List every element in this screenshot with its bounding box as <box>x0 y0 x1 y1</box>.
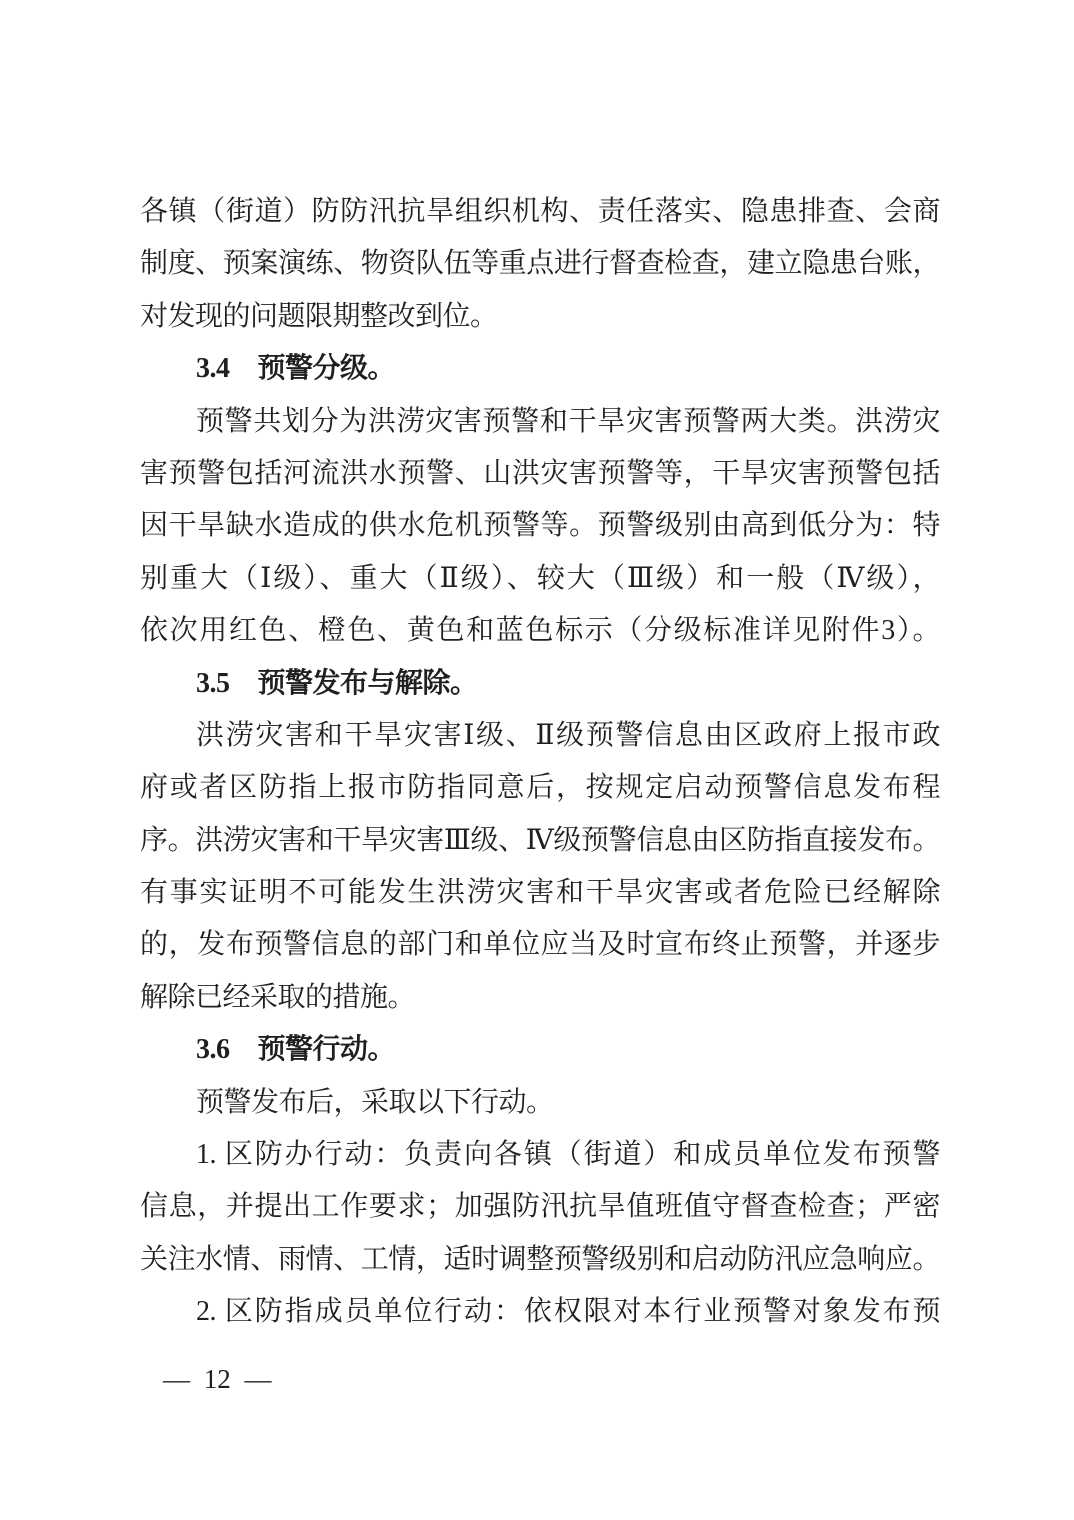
text-line: 预警共划分为洪涝灾害预警和干旱灾害预警两大类。洪涝灾 <box>140 396 940 448</box>
text-line: 洪涝灾害和干旱灾害Ⅰ级、Ⅱ级预警信息由区政府上报市政 <box>140 710 940 762</box>
text-line: 依次用红色、橙色、黄色和蓝色标示（分级标准详见附件3）。 <box>140 605 940 657</box>
text-line: 2. 区防指成员单位行动：依权限对本行业预警对象发布预 <box>140 1286 940 1338</box>
text-line: 有事实证明不可能发生洪涝灾害和干旱灾害或者危险已经解除 <box>140 867 940 919</box>
section-title: 预警分级。 <box>258 353 396 384</box>
text-line: 害预警包括河流洪水预警、山洪灾害预警等，干旱灾害预警包括 <box>140 448 940 500</box>
text-line: 的，发布预警信息的部门和单位应当及时宣布终止预警，并逐步 <box>140 919 940 971</box>
section-title: 预警发布与解除。 <box>258 668 478 699</box>
text-line: 各镇（街道）防防汛抗旱组织机构、责任落实、隐患排查、会商 <box>140 186 940 238</box>
text-line: 预警发布后，采取以下行动。 <box>140 1077 940 1129</box>
section-number: 3.6 <box>196 1034 230 1065</box>
section-title: 预警行动。 <box>258 1034 396 1065</box>
continuation-paragraph: 各镇（街道）防防汛抗旱组织机构、责任落实、隐患排查、会商 制度、预案演练、物资队… <box>140 186 940 343</box>
page-number-footer: — 12 — <box>163 1362 272 1396</box>
text-line: 对发现的问题限期整改到位。 <box>140 291 940 343</box>
document-body: 各镇（街道）防防汛抗旱组织机构、责任落实、隐患排查、会商 制度、预案演练、物资队… <box>140 186 940 1339</box>
document-page: 各镇（街道）防防汛抗旱组织机构、责任落实、隐患排查、会商 制度、预案演练、物资队… <box>0 0 1074 1520</box>
section-heading-3-4: 3.4预警分级。 <box>140 343 940 395</box>
section-3-4-paragraph: 预警共划分为洪涝灾害预警和干旱灾害预警两大类。洪涝灾 害预警包括河流洪水预警、山… <box>140 396 940 658</box>
text-line: 因干旱缺水造成的供水危机预警等。预警级别由高到低分为：特 <box>140 500 940 552</box>
section-3-6-intro: 预警发布后，采取以下行动。 <box>140 1077 940 1129</box>
text-line: 制度、预案演练、物资队伍等重点进行督查检查，建立隐患台账， <box>140 238 940 290</box>
section-number: 3.5 <box>196 668 230 699</box>
text-line: 解除已经采取的措施。 <box>140 972 940 1024</box>
text-line: 信息，并提出工作要求；加强防汛抗旱值班值守督查检查；严密 <box>140 1181 940 1233</box>
section-heading-3-5: 3.5预警发布与解除。 <box>140 658 940 710</box>
section-3-5-paragraph: 洪涝灾害和干旱灾害Ⅰ级、Ⅱ级预警信息由区政府上报市政 府或者区防指上报市防指同意… <box>140 710 940 1024</box>
text-line: 府或者区防指上报市防指同意后，按规定启动预警信息发布程 <box>140 762 940 814</box>
text-line: 别重大（Ⅰ级）、重大（Ⅱ级）、较大（Ⅲ级）和一般（Ⅳ级）， <box>140 553 940 605</box>
section-heading-3-6: 3.6预警行动。 <box>140 1024 940 1076</box>
text-line: 关注水情、雨情、工情，适时调整预警级别和启动防汛应急响应。 <box>140 1234 940 1286</box>
text-line: 1. 区防办行动：负责向各镇（街道）和成员单位发布预警 <box>140 1129 940 1181</box>
section-3-6-item-2: 2. 区防指成员单位行动：依权限对本行业预警对象发布预 <box>140 1286 940 1338</box>
section-number: 3.4 <box>196 353 230 384</box>
text-line: 序。洪涝灾害和干旱灾害Ⅲ级、Ⅳ级预警信息由区防指直接发布。 <box>140 815 940 867</box>
section-3-6-item-1: 1. 区防办行动：负责向各镇（街道）和成员单位发布预警 信息，并提出工作要求；加… <box>140 1129 940 1286</box>
